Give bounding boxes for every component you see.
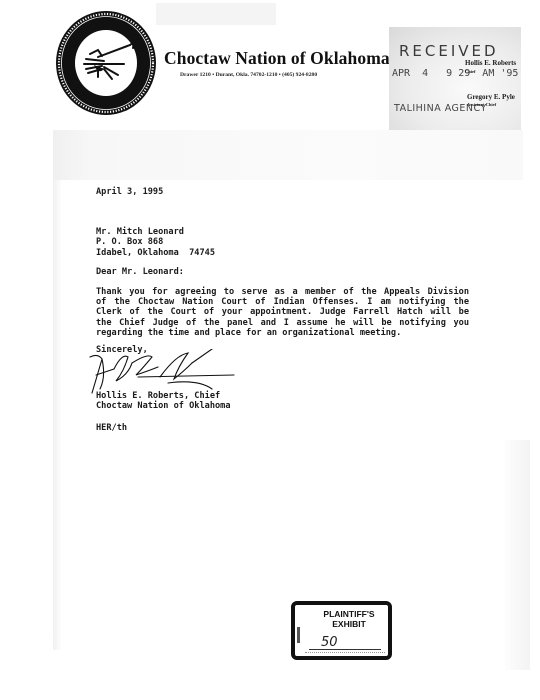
- scan-shading: [53, 180, 61, 650]
- signer-organization: Choctaw Nation of Oklahoma: [96, 401, 476, 411]
- exhibit-number: 50: [321, 635, 338, 650]
- received-label: RECEIVED: [399, 42, 499, 60]
- scan-shading: [53, 130, 523, 180]
- body-line: Thank you for agreeing to serve as a mem…: [96, 287, 469, 297]
- officer-title: Assistant Chief: [467, 102, 496, 107]
- recipient-line: P. O. Box 868: [96, 237, 476, 247]
- body-line: Clerk of the Court of your appointment. …: [96, 307, 469, 317]
- exhibit-label-line2: EXHIBIT: [309, 619, 389, 629]
- organization-address: Drawer 1210 • Durant, Okla. 74702-1210 •…: [180, 72, 317, 78]
- body-line: of the Choctaw Nation Court of Indian Of…: [96, 297, 469, 307]
- body-paragraph: Thank you for agreeing to serve as a mem…: [96, 287, 476, 338]
- recipient-line: Mr. Mitch Leonard: [96, 227, 476, 237]
- recipient-line: Idabel, Oklahoma 74745: [96, 248, 476, 258]
- officer-title: Chief: [465, 69, 476, 74]
- scan-shading: [156, 3, 276, 25]
- officer-name: Hollis E. Roberts: [465, 59, 516, 67]
- choctaw-seal-icon: [54, 9, 158, 117]
- body-line: regarding the time and place for an orga…: [96, 328, 469, 338]
- letter-date: April 3, 1995: [96, 187, 476, 197]
- exhibit-title: PLAINTIFF'S EXHIBIT: [309, 609, 389, 629]
- signature-block: [96, 355, 476, 391]
- received-date-time: APR 4 9 29 AM '95: [392, 68, 518, 79]
- scan-shading: [505, 440, 530, 670]
- exhibit-label-line1: PLAINTIFF'S: [309, 609, 389, 619]
- exhibit-dotted-line: [305, 652, 385, 653]
- recipient-address: Mr. Mitch Leonard P. O. Box 868 Idabel, …: [96, 227, 476, 258]
- salutation: Dear Mr. Leonard:: [96, 267, 476, 277]
- officer-name: Gregory E. Pyle: [467, 93, 515, 101]
- letter-body: April 3, 1995 Mr. Mitch Leonard P. O. Bo…: [96, 187, 476, 433]
- typist-initials: HER/th: [96, 423, 476, 433]
- received-stamp: RECEIVED APR 4 9 29 AM '95 TALIHINA AGEN…: [389, 27, 521, 130]
- sticker-side-tab: [297, 627, 300, 643]
- exhibit-number-underline: [309, 649, 381, 650]
- plaintiffs-exhibit-sticker: PLAINTIFF'S EXHIBIT 50: [291, 601, 392, 660]
- organization-name: Choctaw Nation of Oklahoma: [164, 48, 390, 69]
- body-line: the Chief Judge of the panel and I assum…: [96, 318, 469, 328]
- signer-name: Hollis E. Roberts, Chief: [96, 391, 476, 401]
